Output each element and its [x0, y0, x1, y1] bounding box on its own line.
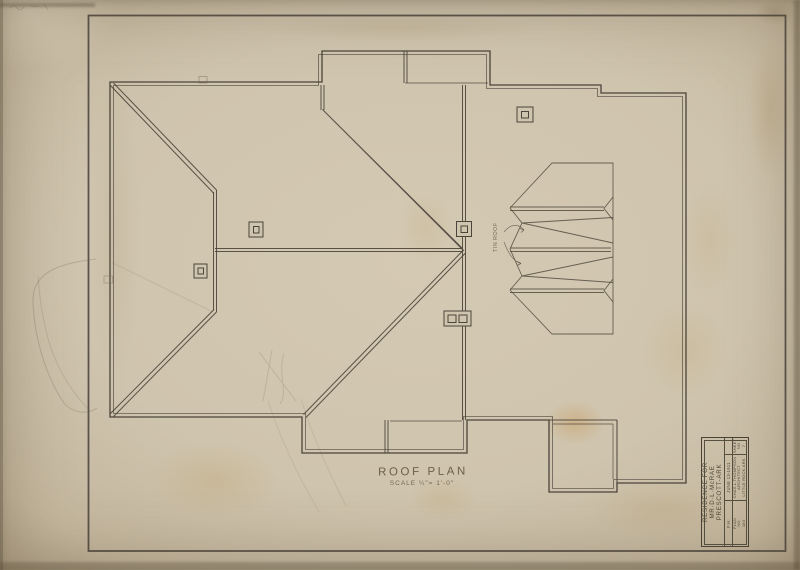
- architect-cell: CHAS.L.THOMPSON ARCHITECT LITTLE ROCK.AR…: [733, 455, 746, 500]
- hip-line: [111, 83, 217, 194]
- drawing-scale: SCALE ¼"= 1'-0": [372, 480, 472, 487]
- pencil-scribble: [38, 276, 90, 411]
- tin-roof-label: TIN ROOF: [493, 218, 502, 252]
- valley-line: [304, 251, 466, 418]
- title-block-lower-row: F.H. PLAN NO 183 JUNE 13-1911 CHAS.L.THO…: [725, 438, 746, 546]
- ridge-line: [510, 289, 604, 293]
- chimney: [444, 311, 471, 326]
- ridge-line: [463, 85, 466, 420]
- pencil-scribble: [33, 259, 97, 412]
- valley-wedge: [522, 218, 613, 244]
- ridge-line: [510, 207, 604, 211]
- sheet-number-cell: SHEET NO 7: [733, 438, 746, 454]
- drawing-title: ROOF PLAN: [368, 465, 478, 478]
- title-block-content: RESIDENCE FOR MR·D·L·McRAE PRESCOTT-ARK …: [702, 438, 746, 546]
- hip-line: [111, 310, 217, 417]
- ridge-line: [215, 249, 462, 252]
- project-line: MR·D·L·McRAE: [709, 465, 716, 518]
- pencil-scribble: [268, 399, 346, 512]
- architect-city: LITTLE ROCK.ARK: [742, 458, 746, 496]
- pencil-marks: [10, 4, 346, 512]
- bay-roof-fan: [504, 163, 613, 334]
- splice-mark: [104, 276, 113, 283]
- chimney: [457, 222, 472, 237]
- valley-wedge: [522, 257, 613, 283]
- valley-line: [323, 110, 465, 252]
- title-block: RESIDENCE FOR MR·D·L·McRAE PRESCOTT-ARK …: [701, 437, 749, 547]
- chimney: [517, 107, 533, 122]
- drawing-sheet: ROOF PLAN SCALE ¼"= 1'-0" TIN ROOF RESID…: [0, 0, 800, 570]
- sheet-number: 7: [742, 445, 746, 447]
- wall-line: [321, 85, 324, 110]
- project-line: RESIDENCE FOR: [702, 462, 709, 522]
- architect-section: JUNE 13-1911 CHAS.L.THOMPSON ARCHITECT L…: [725, 455, 746, 501]
- ridge-and-valley-lines: [111, 51, 618, 483]
- corner-pencil-note: [10, 4, 48, 10]
- plan-number-section: F.H. PLAN NO 183: [725, 501, 746, 546]
- chimneys: [194, 107, 533, 326]
- chimney: [194, 264, 207, 278]
- porch-outline: [549, 420, 617, 483]
- project-line: PRESCOTT-ARK: [716, 464, 723, 521]
- porch-outline: [553, 424, 613, 479]
- leader-arrowhead: [517, 229, 524, 266]
- project-cell: RESIDENCE FOR MR·D·L·McRAE PRESCOTT-ARK: [702, 438, 725, 546]
- wall-line: [385, 420, 388, 453]
- wall-line: [404, 51, 407, 83]
- ridge-line: [510, 248, 611, 252]
- plan-number: 183: [742, 520, 746, 527]
- sheet-number-section: SHEET NO 7: [725, 438, 746, 455]
- plan-number-cell: PLAN NO 183: [733, 501, 746, 546]
- pencil-scribble: [259, 350, 296, 404]
- chimney: [249, 222, 263, 237]
